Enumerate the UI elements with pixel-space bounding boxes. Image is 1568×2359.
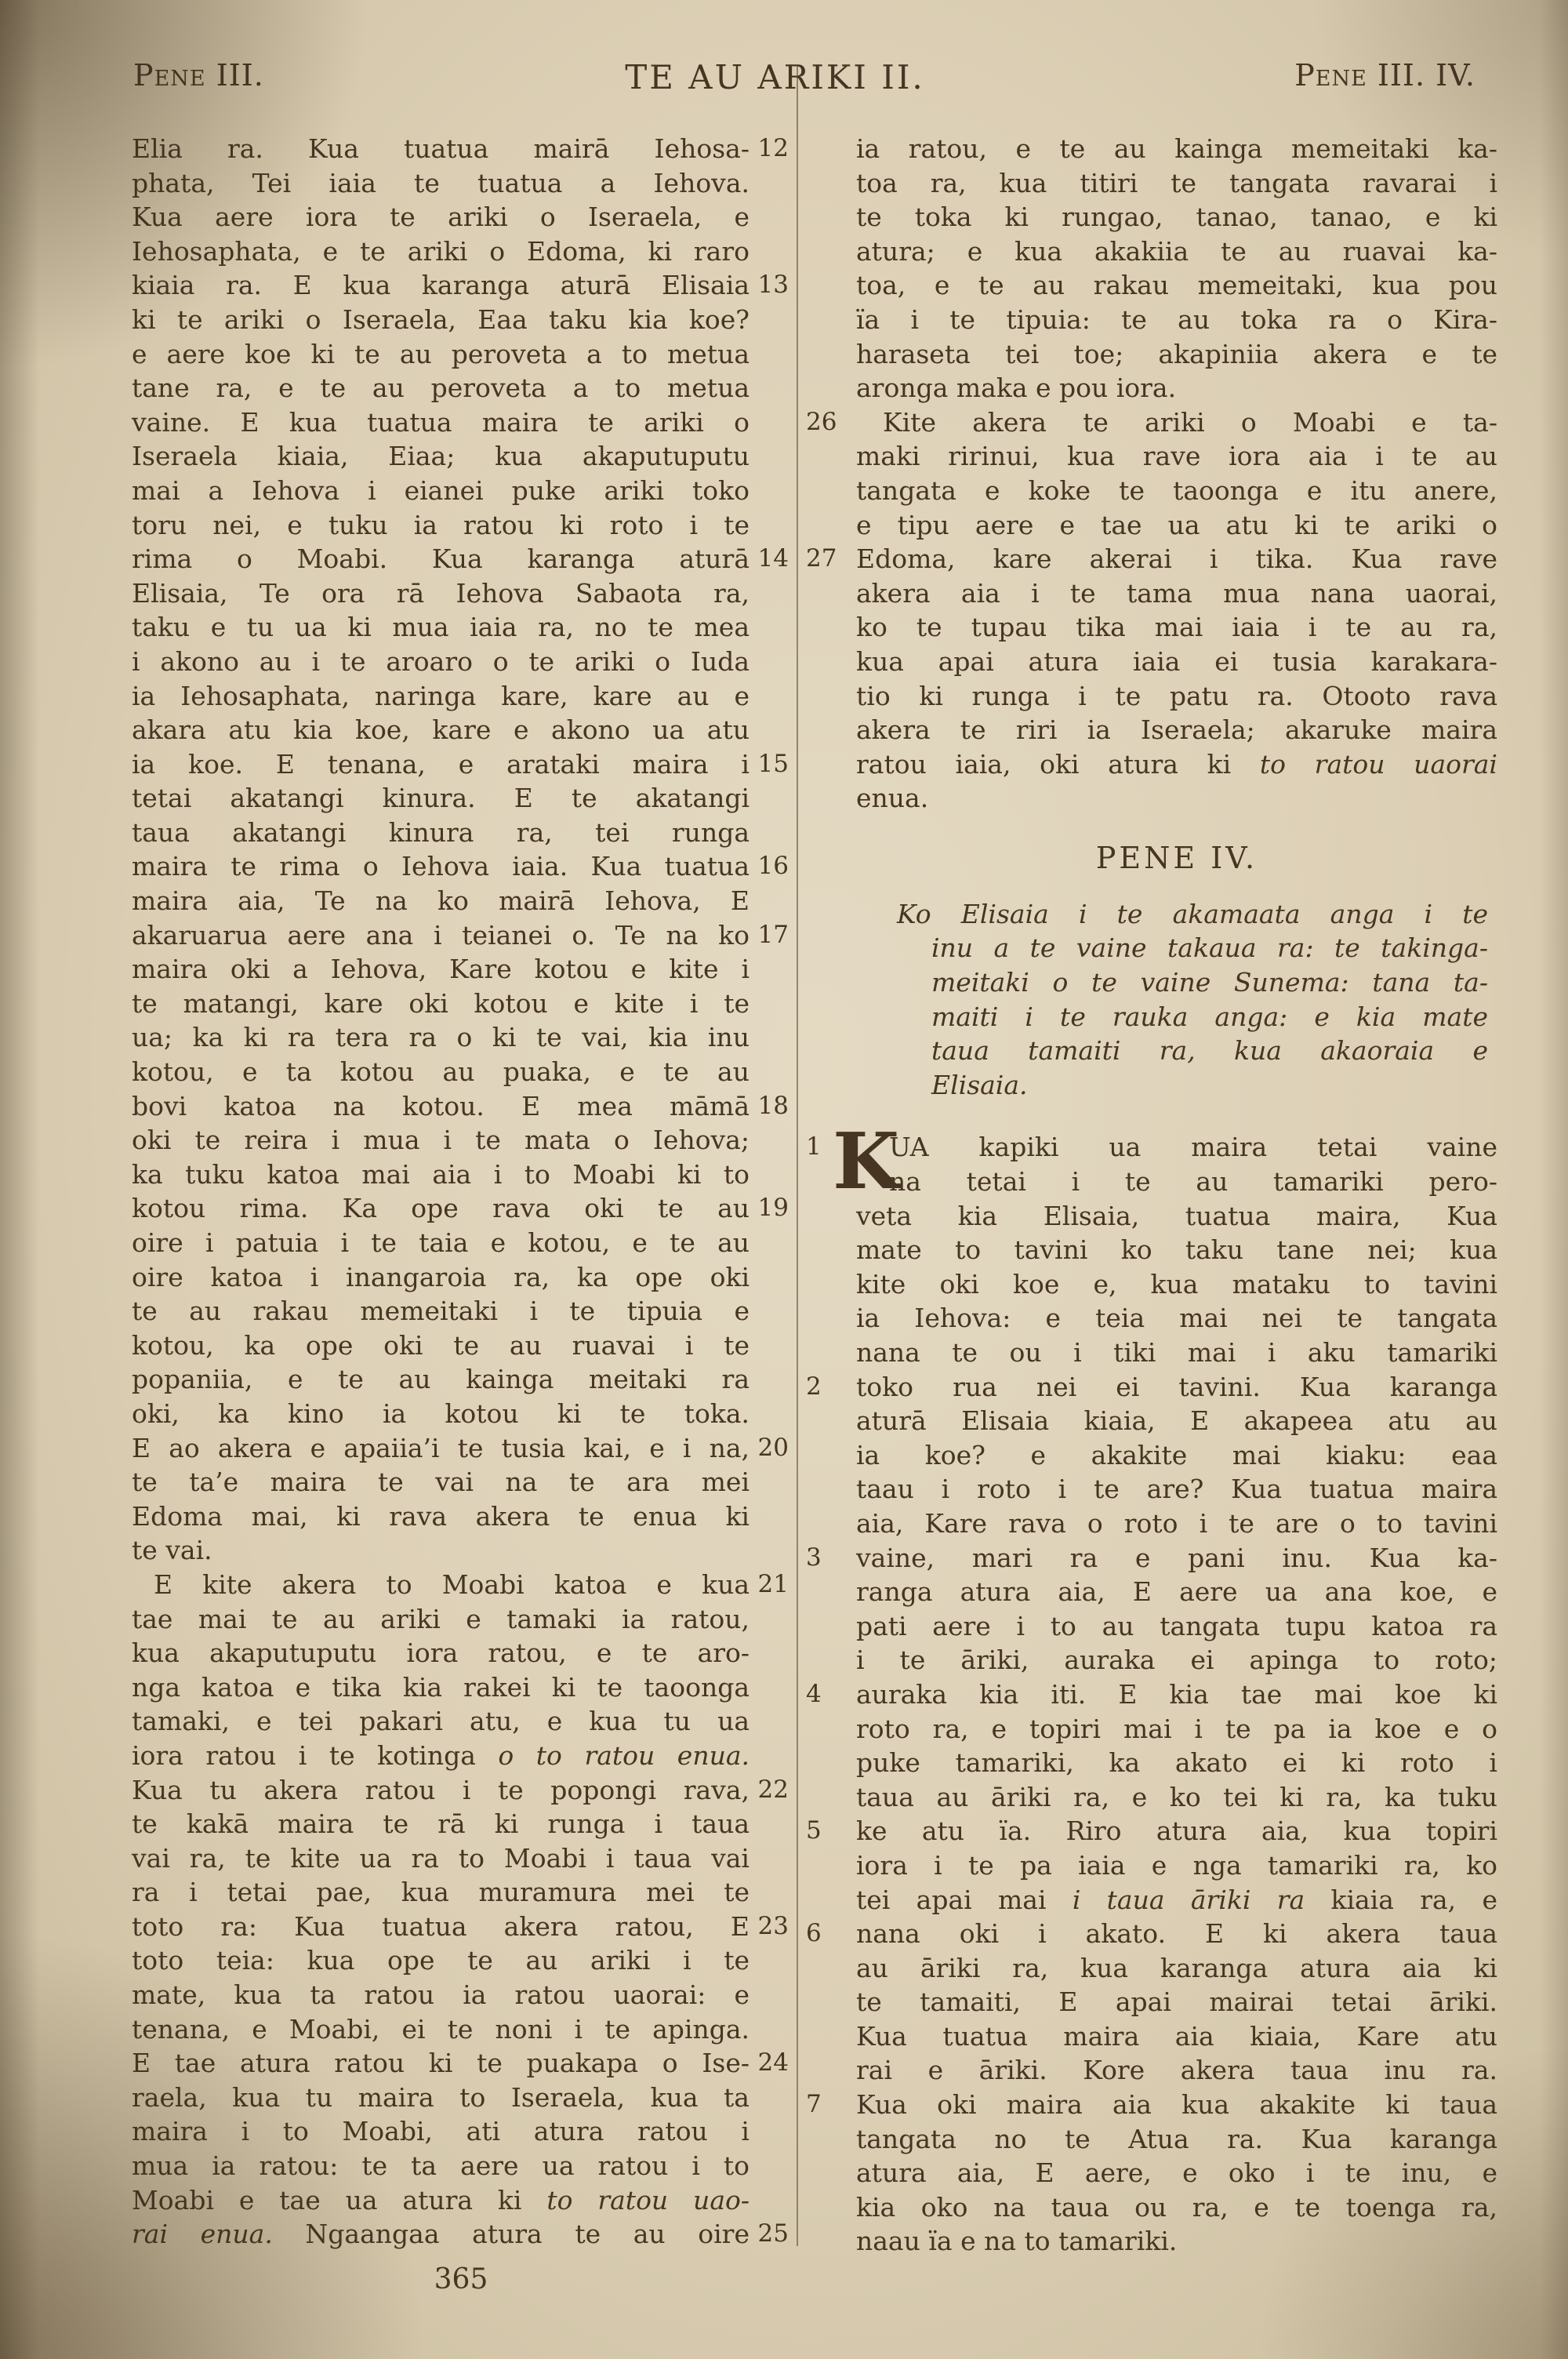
text-line: E kite akera to Moabi katoa e kua21 (132, 1568, 790, 1602)
line-text: ke atu ïa. Riro atura aia, kua topiri (856, 1814, 1497, 1848)
verse-number: 6 (806, 1917, 856, 1951)
running-head-left: Pene III. (133, 58, 264, 93)
line-text: pati aere i to au tangata tupu katoa ra (856, 1609, 1497, 1644)
verse-number (750, 1362, 789, 1397)
verse-number (750, 2183, 789, 2218)
verse-number (806, 1883, 856, 1917)
text-line: oki te reira i mua i te mata o Iehova; (132, 1123, 790, 1158)
text-line: kotou, ka ope oki te au ruavai i te (132, 1329, 790, 1363)
line-text: roto ra, e topiri mai i te pa ia koe e o (856, 1712, 1497, 1747)
verse-number (806, 2122, 856, 2157)
verse-number (806, 1712, 856, 1747)
line-text: E ao akera e apaiia’i te tusia kai, e i … (132, 1431, 750, 1466)
line-text: aronga maka e pou iora. (856, 371, 1497, 405)
text-line: ua; ka ki ra tera ra o ki te vai, kia in… (132, 1020, 790, 1055)
line-text: te au rakau memeitaki i te tipuia e (132, 1294, 750, 1329)
verse-number: 23 (750, 1910, 789, 1944)
text-line: taau i roto i te are? Kua tuatua maira (806, 1472, 1497, 1507)
verse-number: 2 (806, 1370, 856, 1405)
chapter-heading: PENE IV. (856, 839, 1497, 877)
line-text: mai a Iehova i eianei puke ariki toko (132, 474, 750, 508)
line-text: nga katoa e tika kia rakei ki te taoonga (132, 1670, 750, 1705)
verse-number (750, 303, 789, 337)
verse-number (750, 1602, 789, 1637)
text-line: kua apai atura iaia ei tusia karakara- (806, 645, 1497, 679)
text-line: nana te ou i tiki mai i aku tamariki (806, 1336, 1497, 1370)
line-text: maki ririnui, kua rave iora aia i te au (856, 439, 1497, 474)
text-line: bovi katoa na kotou. E mea māmā18 (132, 1089, 790, 1124)
text-line: 4auraka kia iti. E kia tae mai koe ki (806, 1677, 1497, 1712)
line-text: Elia ra. Kua tuatua mairā Iehosa- (132, 132, 750, 166)
line-text: bovi katoa na kotou. E mea māmā (132, 1089, 750, 1124)
line-text: kotou rima. Ka ope rava oki te au (132, 1191, 750, 1226)
line-text: vaine. E kua tuatua maira te ariki o (132, 405, 750, 440)
text-line: vai ra, te kite ua ra to Moabi i taua va… (132, 1841, 790, 1876)
plain-text: ratou iaia, oki atura ki (856, 749, 1260, 780)
line-text: tei apai mai i taua āriki ra kiaia ra, e (856, 1883, 1497, 1917)
plain-text: iora ratou i te kotinga (132, 1740, 498, 1771)
text-line: oire i patuia i te taia e kotou, e te au (132, 1226, 790, 1260)
line-text: kia oko na taua ou ra, e te toenga ra, (856, 2190, 1497, 2225)
text-line: ia koe. E tenana, e arataki maira i15 (132, 747, 790, 782)
line-text: ki te ariki o Iseraela, Eaa taku kia koe… (132, 303, 750, 337)
text-line: tenana, e Moabi, ei te noni i te apinga. (132, 2012, 790, 2047)
verse-number (750, 337, 789, 372)
verse-number (806, 2156, 856, 2190)
line-text: taku e tu ua ki mua iaia ra, no te mea (132, 610, 750, 645)
line-text: iora ratou i te kotinga o to ratou enua. (132, 1739, 750, 1773)
verse-number (750, 1055, 789, 1089)
line-text: akara atu kia koe, kare e akono ua atu (132, 713, 750, 747)
text-line: te toka ki rungao, tanao, tanao, e ki (806, 200, 1497, 234)
line-text: oire i patuia i te taia e kotou, e te au (132, 1226, 750, 1260)
plain-text: kiaia ra, e (1305, 1885, 1497, 1915)
line-text: maira te rima o Iehova iaia. Kua tuatua (132, 849, 750, 884)
text-line: au āriki ra, kua karanga atura aia ki (806, 1951, 1497, 1986)
verse-number (750, 234, 789, 269)
line-text: te vai. (132, 1533, 750, 1568)
text-line: oki, ka kino ia kotou ki te toka. (132, 1397, 790, 1431)
verse-number: 26 (806, 405, 856, 440)
text-line: E ao akera e apaiia’i te tusia kai, e i … (132, 1431, 790, 1466)
text-line: veta kia Elisaia, tuatua maira, Kua (806, 1199, 1497, 1234)
verse-number (806, 679, 856, 714)
page-number: 365 (132, 2263, 790, 2295)
italic-text: to ratou uao- (546, 2185, 750, 2215)
verse-number (750, 576, 789, 611)
verse-number (806, 2053, 856, 2088)
text-line: oire katoa i inangaroia ra, ka ope oki (132, 1260, 790, 1295)
text-line: roto ra, e topiri mai i te pa ia koe e o (806, 1712, 1497, 1747)
verse-number (750, 2149, 789, 2183)
line-text: ia ratou, e te au kainga memeitaki ka- (856, 132, 1497, 166)
verse-number (750, 1636, 789, 1670)
text-line: 5ke atu ïa. Riro atura aia, kua topiri (806, 1814, 1497, 1848)
line-text: auraka kia iti. E kia tae mai koe ki (856, 1677, 1497, 1712)
verse-number (806, 1951, 856, 1986)
text-line: toa ra, kua titiri te tangata ravarai i (806, 166, 1497, 201)
line-text: tane ra, e te au peroveta a to metua (132, 371, 750, 405)
verse-number (750, 1329, 789, 1363)
line-text: aia, Kare rava o roto i te are o to tavi… (856, 1507, 1497, 1541)
text-line: maira oki a Iehova, Kare kotou e kite i (132, 952, 790, 987)
text-line: tane ra, e te au peroveta a to metua (132, 371, 790, 405)
verse-number (806, 2190, 856, 2225)
line-text: toa ra, kua titiri te tangata ravarai i (856, 166, 1497, 201)
verse-number (806, 747, 856, 782)
line-text: rima o Moabi. Kua karanga aturā (132, 542, 750, 576)
verse-number (750, 952, 789, 987)
line-text: akera aia i te tama mua nana uaorai, (856, 576, 1497, 611)
text-line: toru nei, e tuku ia ratou ki roto i te (132, 508, 790, 543)
verse-number (806, 508, 856, 543)
text-line: Moabi e tae ua atura ki to ratou uao- (132, 2183, 790, 2218)
text-line: Iseraela kiaia, Eiaa; kua akaputuputu (132, 439, 790, 474)
verse-number: 14 (750, 542, 789, 576)
text-line: aia, Kare rava o roto i te are o to tavi… (806, 1507, 1497, 1541)
text-line: Elia ra. Kua tuatua mairā Iehosa-12 (132, 132, 790, 166)
text-line: 3vaine, mari ra e pani inu. Kua ka- (806, 1541, 1497, 1576)
text-line: taua akatangi kinura ra, tei runga (132, 816, 790, 850)
text-line: enua. (806, 781, 1497, 816)
verse-number (750, 1533, 789, 1568)
line-text: te kakā maira te rā ki runga i taua (132, 1807, 750, 1841)
verse-number: 27 (806, 542, 856, 576)
text-line: ra i tetai pae, kua muramura mei te (132, 1875, 790, 1910)
column-divider (797, 66, 798, 2246)
text-line: ia Iehosaphata, naringa kare, kare au e (132, 679, 790, 714)
text-line: haraseta tei toe; akapiniia akera e te (806, 337, 1497, 372)
verse-number (806, 1267, 856, 1302)
verse-number (750, 1875, 789, 1910)
line-text: au āriki ra, kua karanga atura aia ki (856, 1951, 1497, 1986)
verse-number (806, 1643, 856, 1677)
text-line: rima o Moabi. Kua karanga aturā14 (132, 542, 790, 576)
running-head-right: Pene III. IV. (1294, 58, 1475, 93)
line-text: te toka ki rungao, tanao, tanao, e ki (856, 200, 1497, 234)
text-line: i akono au i te aroaro o te ariki o Iuda (132, 645, 790, 679)
line-text: oire katoa i inangaroia ra, ka ope oki (132, 1260, 750, 1295)
text-line: e tipu aere e tae ua atu ki te ariki o (806, 508, 1497, 543)
text-line: kotou rima. Ka ope rava oki te au19 (132, 1191, 790, 1226)
line-text: vaine, mari ra e pani inu. Kua ka- (856, 1541, 1497, 1576)
text-line: aturā Elisaia kiaia, E akapeea atu au (806, 1404, 1497, 1438)
verse-number (806, 2224, 856, 2259)
line-text: vai ra, te kite ua ra to Moabi i taua va… (132, 1841, 750, 1876)
text-line: taku e tu ua ki mua iaia ra, no te mea (132, 610, 790, 645)
verse-number (750, 987, 789, 1021)
verse-number (750, 439, 789, 474)
line-text: tangata e koke te taoonga e itu anere, (856, 474, 1497, 508)
right-column: ia ratou, e te au kainga memeitaki ka-to… (806, 132, 1497, 2259)
verse-number: 25 (750, 2217, 789, 2252)
verse-number: 13 (750, 268, 789, 303)
verse-number: 4 (806, 1677, 856, 1712)
verse-number (806, 234, 856, 269)
text-line: ka tuku katoa mai aia i to Moabi ki to (132, 1158, 790, 1192)
text-line: ko te tupau tika mai iaia i te au ra, (806, 610, 1497, 645)
line-text: atura; e kua akakiia te au ruavai ka- (856, 234, 1497, 269)
verse-number (750, 1704, 789, 1739)
line-text: i akono au i te aroaro o te ariki o Iuda (132, 645, 750, 679)
verse-number (750, 1123, 789, 1158)
verse-number (750, 371, 789, 405)
line-text: Kua tuatua maira aia kiaia, Kare atu (856, 2019, 1497, 2054)
line-text: te matangi, kare oki kotou e kite i te (132, 987, 750, 1021)
text-line: i te āriki, auraka ei apinga to roto; (806, 1643, 1497, 1677)
line-text: iora i te pa iaia e nga tamariki ra, ko (856, 1848, 1497, 1883)
text-line: tangata no te Atua ra. Kua karanga (806, 2122, 1497, 2157)
text-line: rai e āriki. Kore akera taua inu ra. (806, 2053, 1497, 2088)
line-text: rai e āriki. Kore akera taua inu ra. (856, 2053, 1497, 2088)
verse-number: 19 (750, 1191, 789, 1226)
verse-number (750, 1465, 789, 1499)
text-line: ia ratou, e te au kainga memeitaki ka- (806, 132, 1497, 166)
text-line: 6nana oki i akato. E ki akera taua (806, 1917, 1497, 1951)
verse-number (750, 166, 789, 201)
line-text: ratou iaia, oki atura ki to ratou uaorai (856, 747, 1497, 782)
text-line: e aere koe ki te au peroveta a to metua (132, 337, 790, 372)
verse-number (806, 1233, 856, 1267)
right-column-part1: ia ratou, e te au kainga memeitaki ka-to… (806, 132, 1497, 816)
verse-number (806, 1301, 856, 1336)
verse-number (806, 474, 856, 508)
text-line: mate, kua ta ratou ia ratou uaorai: e (132, 1978, 790, 2012)
line-text: mua ia ratou: te ta aere ua ratou i to (132, 2149, 750, 2183)
text-line: raela, kua tu maira to Iseraela, kua ta (132, 2081, 790, 2115)
plain-text: Ngaangaa atura te au oire (273, 2219, 750, 2249)
line-text: Elisaia, Te ora rā Iehova Sabaota ra, (132, 576, 750, 611)
line-text: nana te ou i tiki mai i aku tamariki (856, 1336, 1497, 1370)
line-text: ia Iehova: e teia mai nei te tangata (856, 1301, 1497, 1336)
verse-number (750, 2012, 789, 2047)
line-text: ka tuku katoa mai aia i to Moabi ki to (132, 1158, 750, 1192)
verse-number (750, 1397, 789, 1431)
line-text: kiaia ra. E kua karanga aturā Elisaia (132, 268, 750, 303)
line-text: kotou, ka ope oki te au ruavai i te (132, 1329, 750, 1363)
line-text: rai enua. Ngaangaa atura te au oire (132, 2217, 750, 2252)
verse-number (750, 679, 789, 714)
text-line: toto teia: kua ope te au ariki i te (132, 1943, 790, 1978)
line-text: haraseta tei toe; akapiniia akera e te (856, 337, 1497, 372)
verse-number: 12 (750, 132, 789, 166)
text-line: taua au āriki ra, e ko tei ki ra, ka tuk… (806, 1780, 1497, 1815)
line-text: toru nei, e tuku ia ratou ki roto i te (132, 508, 750, 543)
text-line: te kakā maira te rā ki runga i taua (132, 1807, 790, 1841)
text-line: ki te ariki o Iseraela, Eaa taku kia koe… (132, 303, 790, 337)
verse-number (806, 610, 856, 645)
text-line: ia Iehova: e teia mai nei te tangata (806, 1301, 1497, 1336)
verse-number (750, 816, 789, 850)
verse-number: 16 (750, 849, 789, 884)
line-text: oki te reira i mua i te mata o Iehova; (132, 1123, 750, 1158)
verse-number (750, 884, 789, 918)
running-head-title: TE AU ARIKI II. (625, 58, 925, 96)
text-line: toa, e te au rakau memeitaki, kua pou (806, 268, 1497, 303)
line-text: oki, ka kino ia kotou ki te toka. (132, 1397, 750, 1431)
text-line: Kua aere iora te ariki o Iseraela, e (132, 200, 790, 234)
line-text: UA kapiki ua maira tetai vaine (856, 1130, 1497, 1165)
book-page-scan: Pene III. TE AU ARIKI II. Pene III. IV. … (0, 0, 1568, 2359)
italic-text: o to ratou enua. (498, 1740, 750, 1771)
verse-number (750, 2081, 789, 2115)
text-line: 27Edoma, kare akerai i tika. Kua rave (806, 542, 1497, 576)
text-line: phata, Tei iaia te tuatua a Iehova. (132, 166, 790, 201)
verse-number (806, 132, 856, 166)
text-line: kite oki koe e, kua mataku to tavini (806, 1267, 1497, 1302)
verse-number (750, 1226, 789, 1260)
chapter-summary: Ko Elisaia i te akamaata anga i teinu a … (856, 897, 1488, 1103)
line-text: phata, Tei iaia te tuatua a Iehova. (132, 166, 750, 201)
verse-number (806, 371, 856, 405)
line-text: tio ki runga i te patu ra. Otooto rava (856, 679, 1497, 714)
line-text: tangata no te Atua ra. Kua karanga (856, 2122, 1497, 2157)
text-line: te ta’e maira te vai na te ara mei (132, 1465, 790, 1499)
line-text: raela, kua tu maira to Iseraela, kua ta (132, 2081, 750, 2115)
line-text: mate to tavini ko taku tane nei; kua (856, 1233, 1497, 1267)
verse-number (806, 1404, 856, 1438)
line-text: e tipu aere e tae ua atu ki te ariki o (856, 508, 1497, 543)
text-line: nga katoa e tika kia rakei ki te taoonga (132, 1670, 790, 1705)
verse-number: 21 (750, 1568, 789, 1602)
verse-number (806, 1575, 856, 1609)
line-text: te ta’e maira te vai na te ara mei (132, 1465, 750, 1499)
line-text: tae mai te au ariki e tamaki ia ratou, (132, 1602, 750, 1637)
verse-number (750, 1260, 789, 1295)
summary-line: meitaki o te vaine Sunema: tana ta- (931, 965, 1488, 1000)
line-text: popaniia, e te au kainga meitaki ra (132, 1362, 750, 1397)
text-line: mai a Iehova i eianei puke ariki toko (132, 474, 790, 508)
verse-number (750, 1807, 789, 1841)
line-text: Moabi e tae ua atura ki to ratou uao- (132, 2183, 750, 2218)
text-line: Iehosaphata, e te ariki o Edoma, ki raro (132, 234, 790, 269)
verse-number (750, 1739, 789, 1773)
verse-number (750, 1158, 789, 1192)
text-line: tangata e koke te taoonga e itu anere, (806, 474, 1497, 508)
line-text: akaruarua aere ana i teianei o. Te na ko (132, 918, 750, 953)
text-line: te matangi, kare oki kotou e kite i te (132, 987, 790, 1021)
verse-number (806, 1985, 856, 2019)
right-column-part2: K 1UA kapiki ua maira tetai vainena teta… (806, 1130, 1497, 2259)
line-text: Iseraela kiaia, Eiaa; kua akaputuputu (132, 439, 750, 474)
text-line: pati aere i to au tangata tupu katoa ra (806, 1609, 1497, 1644)
line-text: i te āriki, auraka ei apinga to roto; (856, 1643, 1497, 1677)
verse-number (806, 1848, 856, 1883)
line-text: atura aia, E aere, e oko i te inu, e (856, 2156, 1497, 2190)
verse-number (750, 1020, 789, 1055)
text-line: maira i to Moabi, ati atura ratou i (132, 2114, 790, 2149)
line-text: kua akaputuputu iora ratou, e te aro- (132, 1636, 750, 1670)
text-line: popaniia, e te au kainga meitaki ra (132, 1362, 790, 1397)
summary-line: Ko Elisaia i te akamaata anga i te (931, 897, 1488, 932)
text-line: maira aia, Te na ko mairā Iehova, E (132, 884, 790, 918)
verse-number (806, 645, 856, 679)
line-text: ia Iehosaphata, naringa kare, kare au e (132, 679, 750, 714)
line-text: ko te tupau tika mai iaia i te au ra, (856, 610, 1497, 645)
text-line: 26Kite akera te ariki o Moabi e ta- (806, 405, 1497, 440)
verse-number (750, 200, 789, 234)
line-text: ïa i te tipuia: te au toka ra o Kira- (856, 303, 1497, 337)
verse-number (806, 166, 856, 201)
text-line: ratou iaia, oki atura ki to ratou uaorai (806, 747, 1497, 782)
verse-number (806, 200, 856, 234)
line-text: taau i roto i te are? Kua tuatua maira (856, 1472, 1497, 1507)
line-text: maira aia, Te na ko mairā Iehova, E (132, 884, 750, 918)
line-text: kua apai atura iaia ei tusia karakara- (856, 645, 1497, 679)
line-text: Edoma mai, ki rava akera te enua ki (132, 1499, 750, 1534)
italic-text: i taua āriki ra (1073, 1885, 1305, 1915)
text-line: aronga maka e pou iora. (806, 371, 1497, 405)
verse-number (750, 1841, 789, 1876)
text-line: maki ririnui, kua rave iora aia i te au (806, 439, 1497, 474)
text-line: maira te rima o Iehova iaia. Kua tuatua1… (132, 849, 790, 884)
line-text: E kite akera to Moabi katoa e kua (132, 1568, 750, 1602)
text-line: atura; e kua akakiia te au ruavai ka- (806, 234, 1497, 269)
verse-number: 22 (750, 1773, 789, 1808)
verse-number (750, 645, 789, 679)
text-line: tae mai te au ariki e tamaki ia ratou, (132, 1602, 790, 1637)
text-line: te vai. (132, 1533, 790, 1568)
verse-number: 24 (750, 2046, 789, 2081)
line-text: maira oki a Iehova, Kare kotou e kite i (132, 952, 750, 987)
verse-number (806, 1609, 856, 1644)
verse-number (806, 1472, 856, 1507)
line-text: toa, e te au rakau memeitaki, kua pou (856, 268, 1497, 303)
verse-number (750, 1943, 789, 1978)
verse-number (806, 781, 856, 816)
plain-text: tei apai mai (856, 1885, 1073, 1915)
verse-number (750, 1499, 789, 1534)
text-line: ïa i te tipuia: te au toka ra o Kira- (806, 303, 1497, 337)
line-text: Kua tu akera ratou i te popongi rava, (132, 1773, 750, 1808)
plain-text: Moabi e tae ua atura ki (132, 2185, 546, 2215)
text-line: 7Kua oki maira aia kua akakite ki taua (806, 2088, 1497, 2122)
text-line: tetai akatangi kinura. E te akatangi (132, 781, 790, 816)
verse-number: 3 (806, 1541, 856, 1576)
verse-number (750, 1294, 789, 1329)
text-line: 2toko rua nei ei tavini. Kua karanga (806, 1370, 1497, 1405)
verse-number (750, 508, 789, 543)
verse-number (750, 1670, 789, 1705)
line-text: E tae atura ratou ki te puakapa o Ise- (132, 2046, 750, 2081)
text-line: Elisaia, Te ora rā Iehova Sabaota ra, (132, 576, 790, 611)
text-line: atura aia, E aere, e oko i te inu, e (806, 2156, 1497, 2190)
verse-number (750, 405, 789, 440)
text-line: akaruarua aere ana i teianei o. Te na ko… (132, 918, 790, 953)
verse-number (806, 1336, 856, 1370)
text-line: na tetai i te au tamariki pero- (806, 1165, 1497, 1199)
text-line: tei apai mai i taua āriki ra kiaia ra, e (806, 1883, 1497, 1917)
line-text: nana oki i akato. E ki akera taua (856, 1917, 1497, 1951)
line-text: Edoma, kare akerai i tika. Kua rave (856, 542, 1497, 576)
verse-number (806, 1780, 856, 1815)
line-text: akera te riri ia Iseraela; akaruke maira (856, 713, 1497, 747)
line-text: Kua oki maira aia kua akakite ki taua (856, 2088, 1497, 2122)
verse-number (806, 2019, 856, 2054)
text-line: mua ia ratou: te ta aere ua ratou i to (132, 2149, 790, 2183)
verse-number: 17 (750, 918, 789, 953)
text-line: kiaia ra. E kua karanga aturā Elisaia13 (132, 268, 790, 303)
line-text: tetai akatangi kinura. E te akatangi (132, 781, 750, 816)
italic-text: to ratou uaorai (1260, 749, 1497, 780)
line-text: Iehosaphata, e te ariki o Edoma, ki raro (132, 234, 750, 269)
line-text: naau ïa e na to tamariki. (856, 2224, 1497, 2259)
verse-lines: 1UA kapiki ua maira tetai vainena tetai … (806, 1130, 1497, 2259)
text-line: naau ïa e na to tamariki. (806, 2224, 1497, 2259)
line-text: te tamaiti, E apai mairai tetai āriki. (856, 1985, 1497, 2019)
line-text: ia koe. E tenana, e arataki maira i (132, 747, 750, 782)
line-text: e aere koe ki te au peroveta a to metua (132, 337, 750, 372)
